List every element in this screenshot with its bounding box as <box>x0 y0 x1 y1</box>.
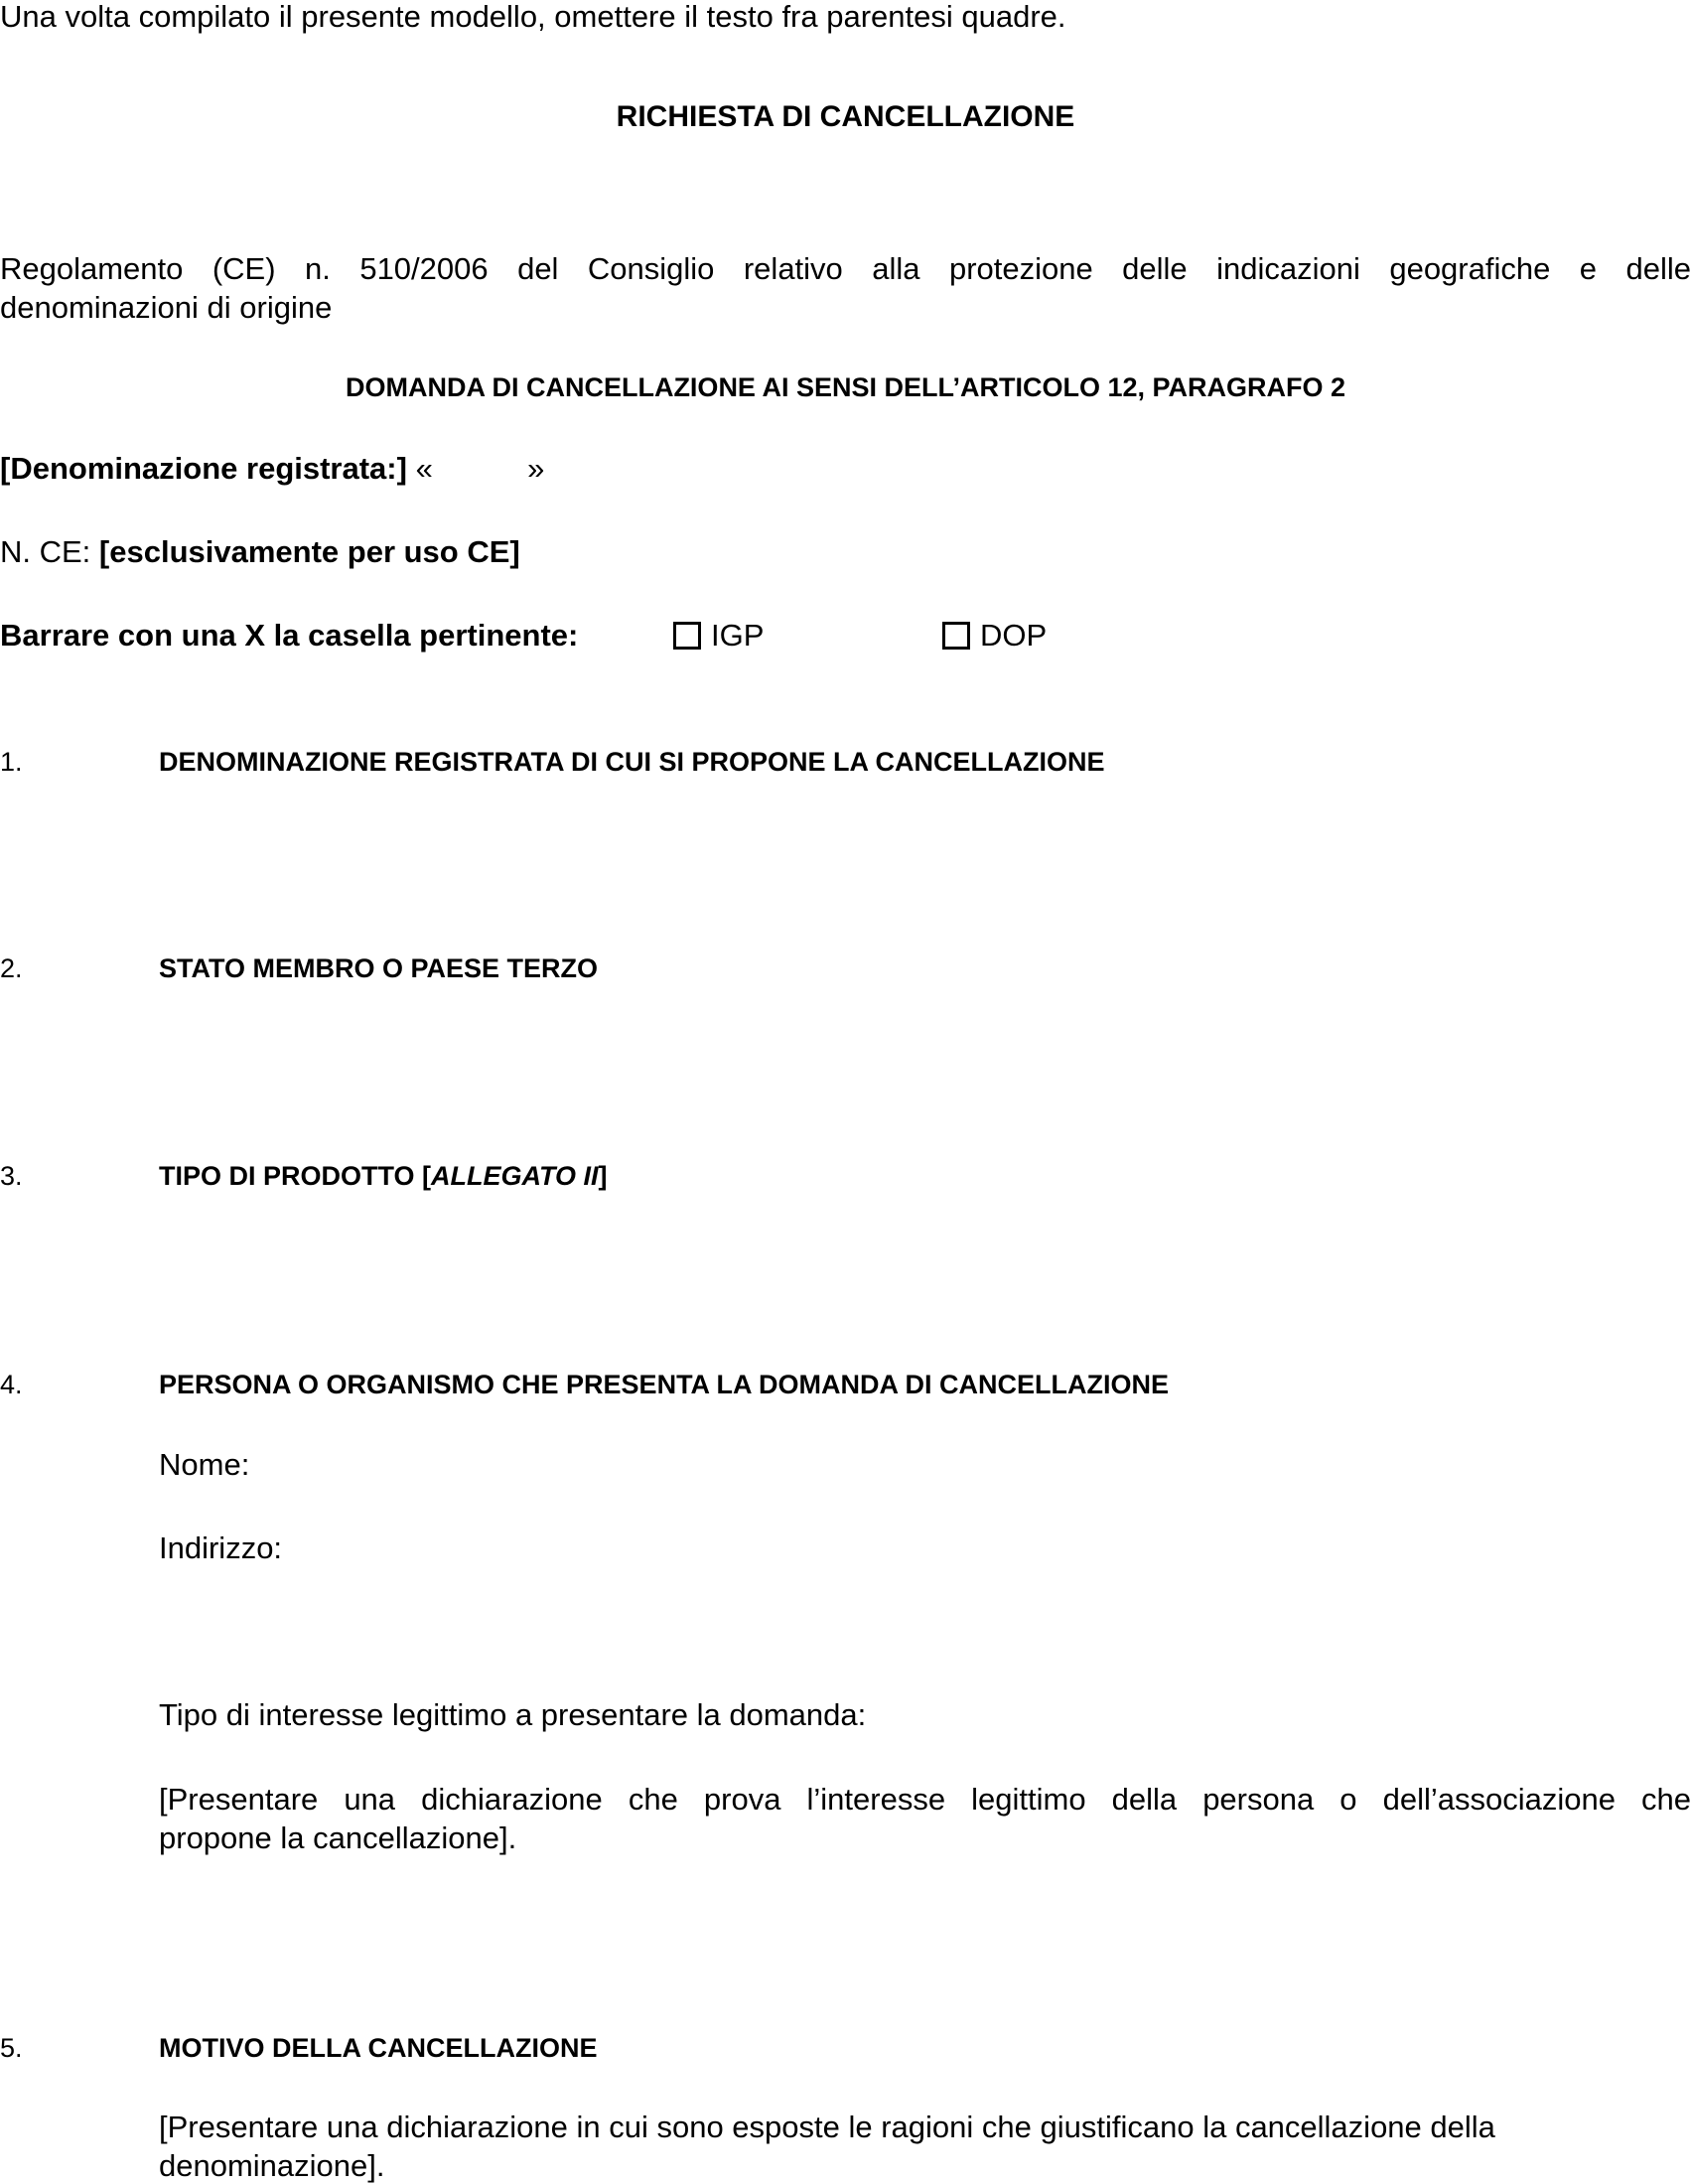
regulation-line-2: denominazioni di origine <box>0 290 332 325</box>
ce-number-row: N. CE: [esclusivamente per uso CE] <box>0 533 520 571</box>
section-3-title-italic: ALLEGATO II <box>431 1161 599 1191</box>
registered-name-row: [Denominazione registrata:] « » <box>0 450 544 488</box>
section-4-title: PERSONA O ORGANISMO CHE PRESENTA LA DOMA… <box>159 1368 1169 1401</box>
section-5-title: MOTIVO DELLA CANCELLAZIONE <box>159 2031 597 2065</box>
checkbox-prompt-label: Barrare con una X la casella pertinente: <box>0 617 578 655</box>
reason-note: [Presentare una dichiarazione in cui son… <box>159 2108 1495 2184</box>
checkbox-dop-label: DOP <box>980 618 1047 653</box>
regulation-line-1: Regolamento (CE) n. 510/2006 del Consigl… <box>0 249 1691 288</box>
instruction-text: Una volta compilato il presente modello,… <box>0 0 1066 36</box>
checkbox-dop[interactable]: DOP <box>942 617 1047 655</box>
checkbox-square-icon[interactable] <box>673 622 701 650</box>
document-subtitle: DOMANDA DI CANCELLAZIONE AI SENSI DELL’A… <box>0 370 1691 404</box>
reason-note-line-1: [Presentare una dichiarazione in cui son… <box>159 2108 1495 2146</box>
ce-number-label: N. CE: <box>0 534 90 569</box>
interest-note-line-2: propone la cancellazione]. <box>159 1820 516 1855</box>
section-1-number: 1. <box>0 745 23 779</box>
section-4-number: 4. <box>0 1368 23 1401</box>
registered-name-label: [Denominazione registrata:] <box>0 451 407 486</box>
close-quote: » <box>527 451 544 486</box>
interest-note: [Presentare una dichiarazione che prova … <box>159 1780 1691 1857</box>
section-2-title: STATO MEMBRO O PAESE TERZO <box>159 951 598 985</box>
address-label: Indirizzo: <box>159 1529 282 1567</box>
document-title: RICHIESTA DI CANCELLAZIONE <box>0 98 1691 136</box>
name-label: Nome: <box>159 1446 249 1484</box>
section-5-number: 5. <box>0 2031 23 2065</box>
ce-number-value: [esclusivamente per uso CE] <box>99 534 520 569</box>
section-2-number: 2. <box>0 951 23 985</box>
regulation-paragraph: Regolamento (CE) n. 510/2006 del Consigl… <box>0 249 1691 327</box>
checkbox-igp-label: IGP <box>711 618 764 653</box>
checkbox-square-icon[interactable] <box>942 622 970 650</box>
open-quote: « <box>416 451 433 486</box>
checkbox-igp[interactable]: IGP <box>673 617 764 655</box>
section-3-title: TIPO DI PRODOTTO [ALLEGATO II] <box>159 1159 608 1193</box>
interest-label: Tipo di interesse legittimo a presentare… <box>159 1696 866 1734</box>
section-1-title: DENOMINAZIONE REGISTRATA DI CUI SI PROPO… <box>159 745 1105 779</box>
section-3-number: 3. <box>0 1159 23 1193</box>
interest-note-line-1: [Presentare una dichiarazione che prova … <box>159 1780 1691 1819</box>
reason-note-line-2: denominazione]. <box>159 2146 1495 2184</box>
